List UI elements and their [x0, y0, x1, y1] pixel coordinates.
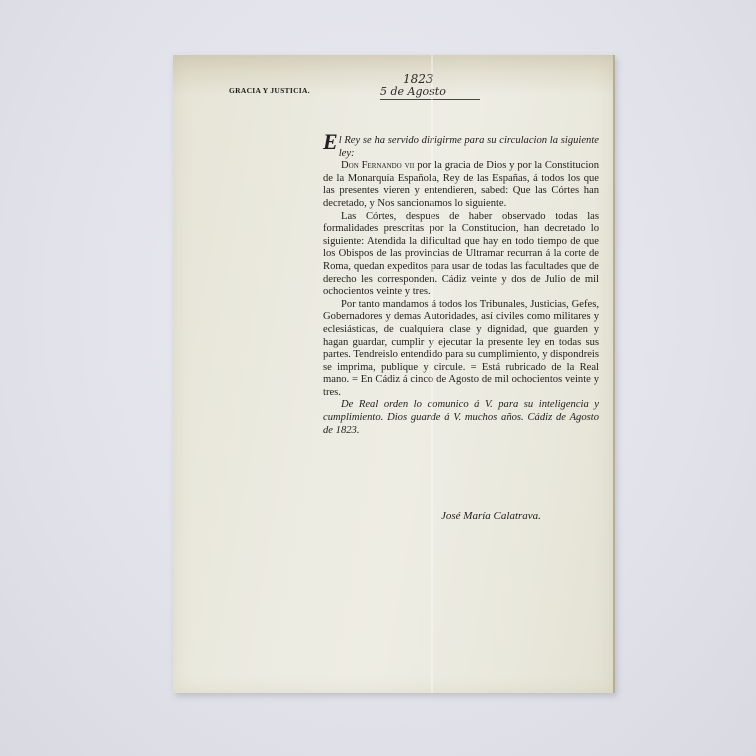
paragraph-decree-opening: Don Fernando vii por la gracia de Dios y…: [323, 160, 599, 210]
paragraph-mandate: Por tanto mandamos á todos los Tribunale…: [323, 299, 599, 400]
intro-line: El Rey se ha servido dirigirme para su c…: [323, 135, 599, 160]
signature: José María Calatrava.: [441, 510, 541, 522]
handwritten-annotation: 1823 5 de Agosto: [378, 73, 488, 100]
document-sheet: GRACIA Y JUSTICIA. 1823 5 de Agosto El R…: [173, 55, 615, 693]
paragraph-decree-body: Las Córtes, despues de haber observado t…: [323, 211, 599, 299]
document-body: El Rey se ha servido dirigirme para su c…: [323, 135, 599, 437]
king-name: Don Fernando vii: [341, 160, 414, 171]
paragraph-royal-order: De Real orden lo comunico á V. para su i…: [323, 399, 599, 437]
drop-cap: E: [323, 133, 338, 151]
intro-text: l Rey se ha servido dirigirme para su ci…: [339, 135, 599, 159]
handwritten-date: 5 de Agosto: [380, 86, 480, 100]
ministry-header: GRACIA Y JUSTICIA.: [229, 86, 310, 95]
